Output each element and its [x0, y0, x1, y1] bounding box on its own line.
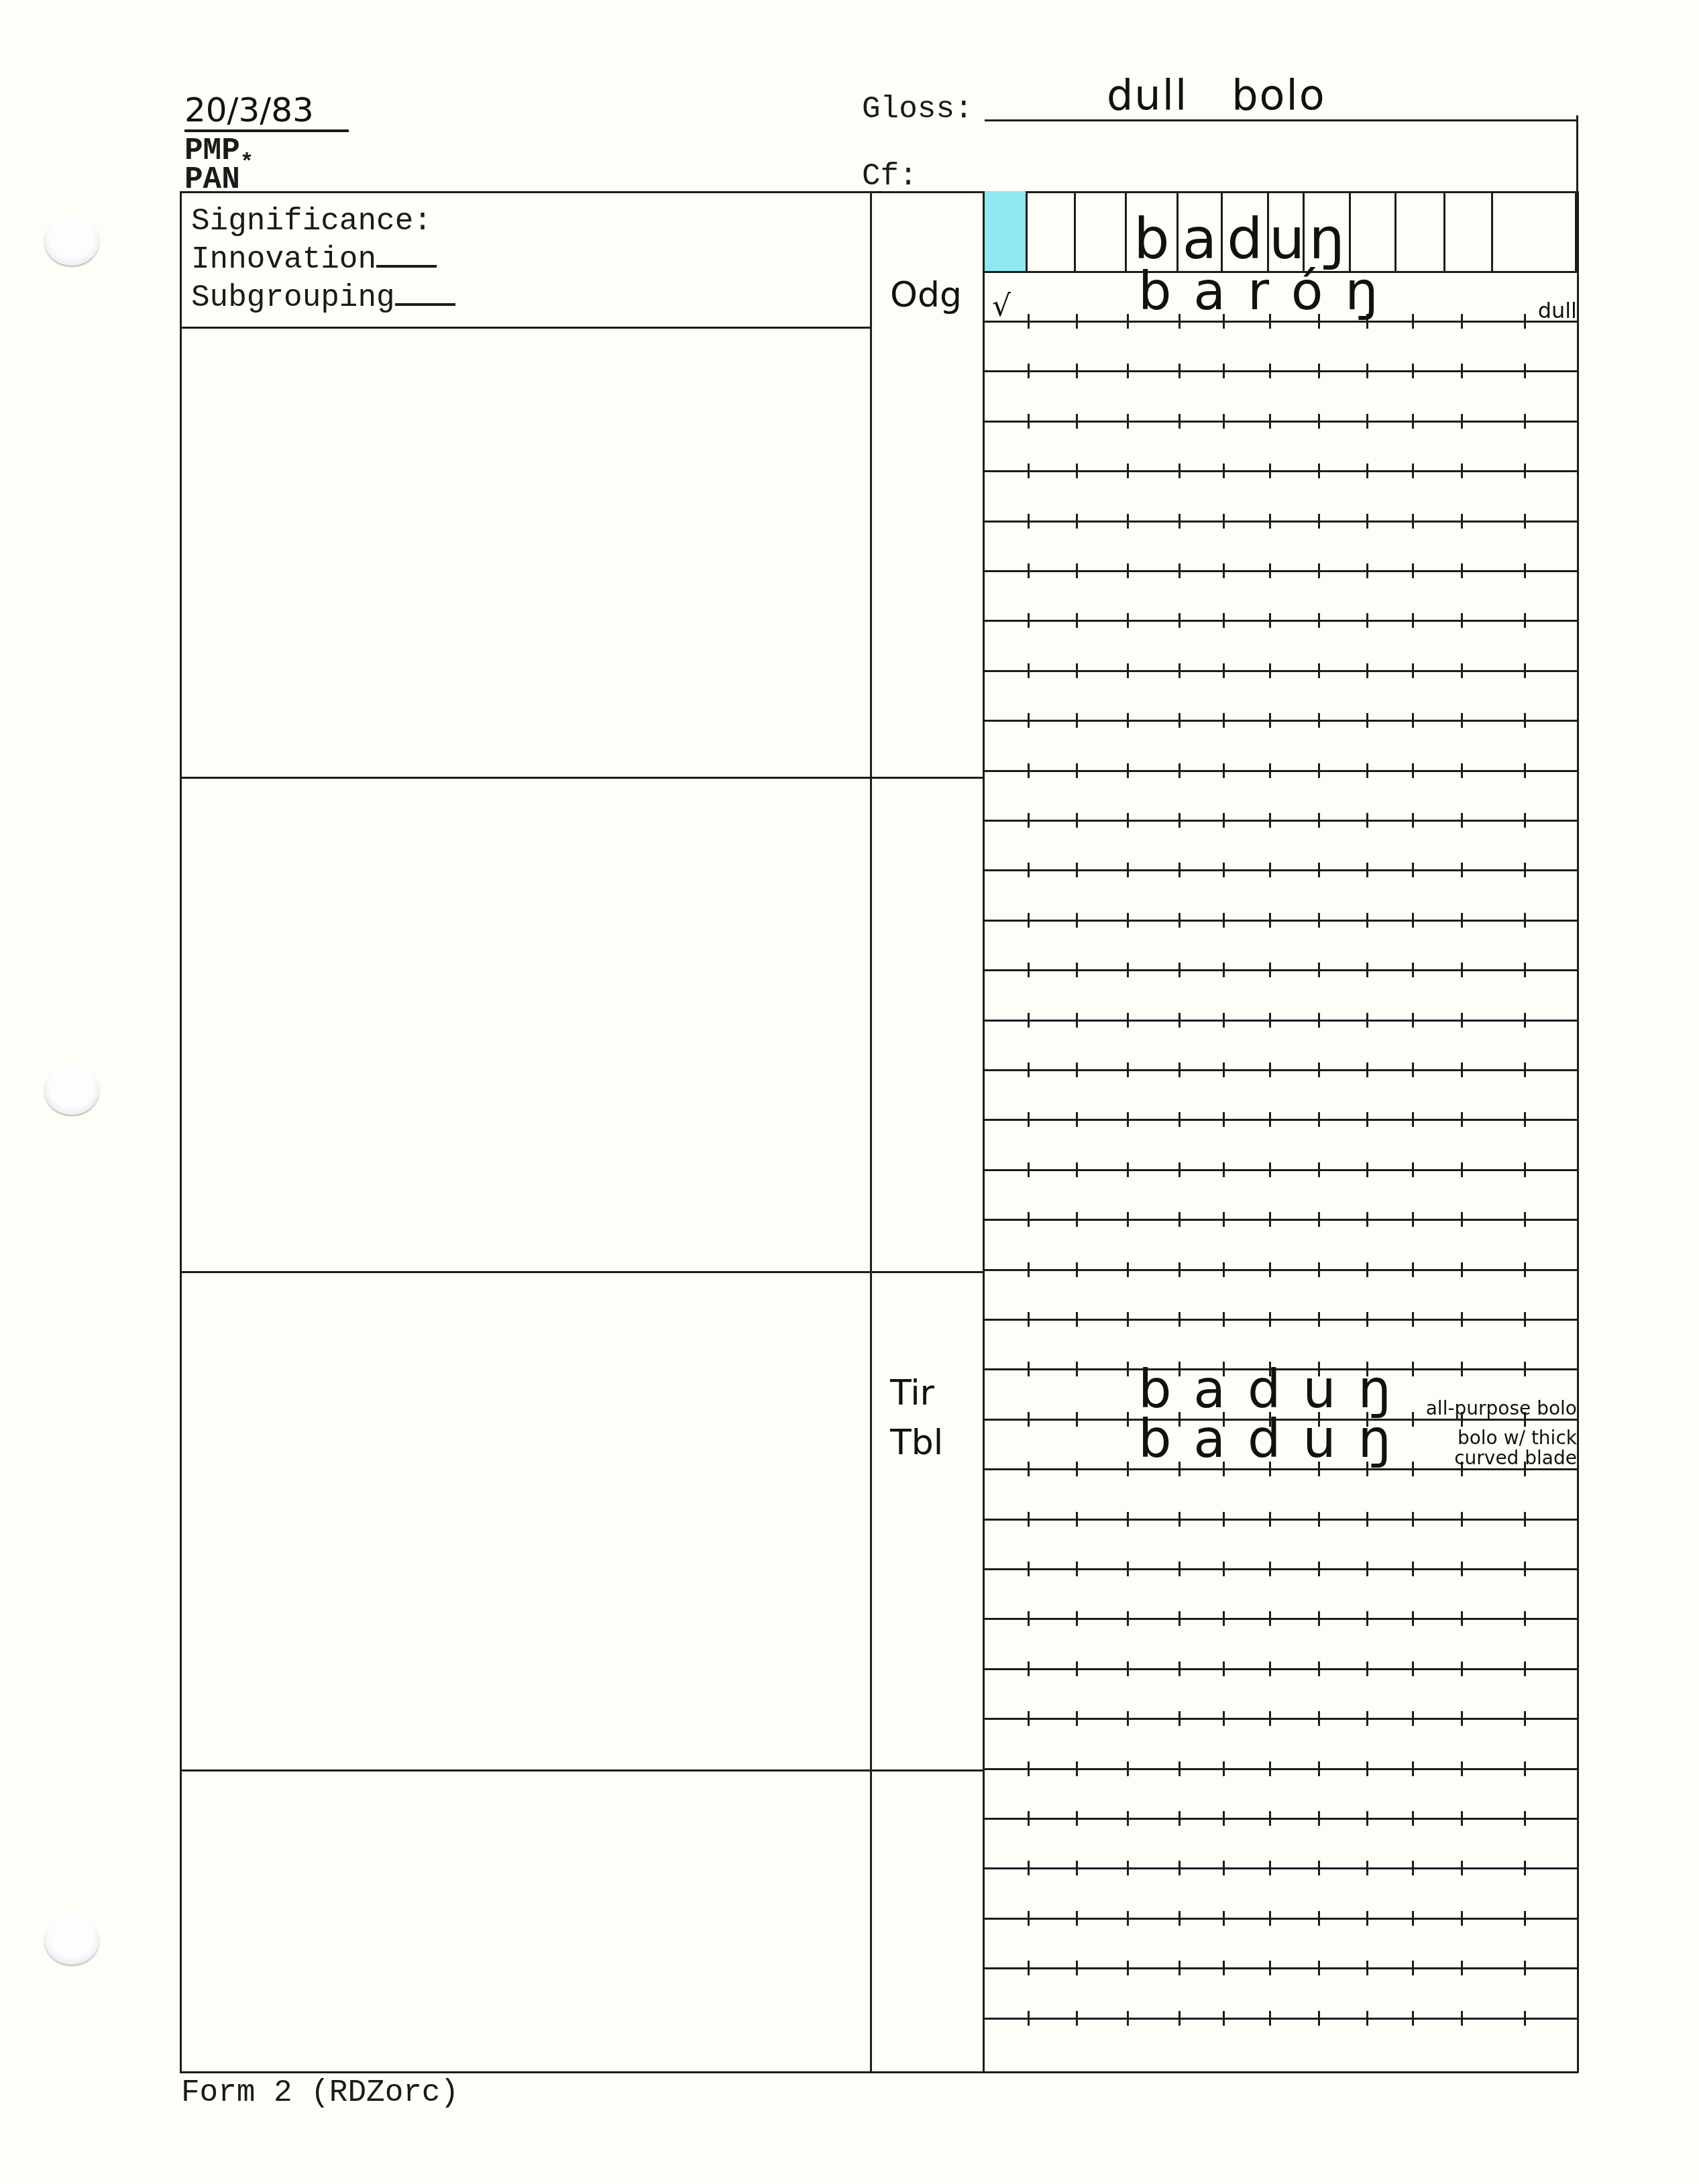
reconstruction-segment: b: [1127, 209, 1176, 269]
segment-tick: [1179, 1062, 1181, 1077]
language-column-divider: [983, 191, 985, 2073]
segment-tick: [1366, 613, 1368, 628]
segment-tick: [1318, 1262, 1320, 1277]
segment-tick: [1269, 1062, 1271, 1077]
segment-tick: [1366, 1661, 1368, 1676]
segment-tick: [1412, 763, 1414, 778]
ruled-line: [983, 421, 1578, 423]
segment-tick: [1318, 2011, 1320, 2026]
segment-tick: [1127, 463, 1129, 478]
segment-tick: [1127, 1512, 1129, 1527]
segment-tick: [1127, 713, 1129, 728]
segment-tick: [1366, 913, 1368, 928]
segment-tick: [1127, 1861, 1129, 1875]
segment-tick: [1127, 963, 1129, 977]
segment-tick: [1461, 1761, 1463, 1776]
reconstruction-cell[interactable]: a: [1179, 191, 1223, 272]
segment-tick: [1412, 713, 1414, 728]
segment-tick: [1269, 863, 1271, 877]
segment-tick: [1269, 613, 1271, 628]
segment-tick: [1076, 913, 1078, 928]
segment-tick: [1461, 514, 1463, 529]
ruled-line: [983, 1269, 1578, 1271]
segment-tick: [1524, 1961, 1526, 1975]
segment-tick: [1366, 1911, 1368, 1926]
segment-tick: [1223, 613, 1225, 628]
innovation-blank[interactable]: [376, 238, 437, 268]
segment-tick: [1179, 1262, 1181, 1277]
segment-tick: [1076, 763, 1078, 778]
segment-tick: [1028, 763, 1030, 778]
segment-tick: [1461, 2011, 1463, 2026]
segment-tick: [1366, 1262, 1368, 1277]
segment-tick: [1366, 1112, 1368, 1127]
segment-tick: [1127, 364, 1129, 378]
segment-tick: [1366, 863, 1368, 877]
segment-tick: [1524, 1013, 1526, 1028]
segment-tick: [1366, 2011, 1368, 2026]
segment-tick: [1028, 1013, 1030, 1028]
ruled-line: [983, 969, 1578, 971]
segment-tick: [1461, 963, 1463, 977]
checkmark-icon: √: [992, 289, 1011, 323]
segment-tick: [1461, 1711, 1463, 1726]
segment-tick: [1223, 1811, 1225, 1826]
segment-tick: [1028, 813, 1030, 828]
segment-tick: [1412, 963, 1414, 977]
segment-tick: [1318, 1312, 1320, 1327]
segment-tick: [1318, 1661, 1320, 1676]
segment-tick: [1461, 1262, 1463, 1277]
segment-tick: [1076, 1312, 1078, 1327]
segment-tick: [1412, 813, 1414, 828]
segment-tick: [1461, 663, 1463, 678]
segment-tick: [1028, 663, 1030, 678]
ruled-line: [983, 869, 1578, 871]
segment-tick: [1269, 1262, 1271, 1277]
segment-tick: [1412, 1013, 1414, 1028]
segment-tick: [1179, 2011, 1181, 2026]
segment-tick: [1269, 1013, 1271, 1028]
reflex-form: b a d u ŋ: [1138, 1409, 1394, 1470]
segment-tick: [1223, 913, 1225, 928]
segment-tick: [1366, 1062, 1368, 1077]
right-border: [1577, 191, 1579, 2073]
segment-tick: [1127, 563, 1129, 578]
segment-tick: [1524, 514, 1526, 529]
segment-tick: [1366, 364, 1368, 378]
segment-tick: [1524, 1512, 1526, 1527]
segment-tick: [1179, 1911, 1181, 1926]
segment-tick: [1028, 1711, 1030, 1726]
segment-tick: [1076, 563, 1078, 578]
reconstruction-segment: u: [1269, 209, 1303, 269]
segment-tick: [1223, 1562, 1225, 1576]
ruled-line: [983, 370, 1578, 372]
reconstruction-cell[interactable]: d: [1223, 191, 1269, 272]
segment-tick: [1461, 1611, 1463, 1626]
segment-tick: [1412, 1512, 1414, 1527]
segment-tick: [1366, 1611, 1368, 1626]
left-border: [180, 191, 182, 2073]
segment-tick: [1412, 663, 1414, 678]
segment-tick: [1127, 1212, 1129, 1227]
segment-tick: [1076, 414, 1078, 429]
segment-tick: [1179, 963, 1181, 977]
segment-tick: [1076, 514, 1078, 529]
segment-tick: [1179, 1013, 1181, 1028]
segment-tick: [1223, 514, 1225, 529]
segment-tick: [1461, 1013, 1463, 1028]
segment-tick: [1223, 713, 1225, 728]
segment-tick: [1461, 1162, 1463, 1177]
ruled-line: [983, 1618, 1578, 1620]
segment-tick: [1179, 663, 1181, 678]
segment-tick: [1366, 563, 1368, 578]
segment-tick: [1318, 1761, 1320, 1776]
segment-tick: [1524, 963, 1526, 977]
segment-tick: [1223, 1162, 1225, 1177]
segment-tick: [1366, 1013, 1368, 1028]
segment-tick: [1269, 963, 1271, 977]
form-bottom-border: [180, 2071, 1578, 2073]
segment-tick: [1223, 1611, 1225, 1626]
segment-tick: [1076, 1611, 1078, 1626]
segment-tick: [1318, 1861, 1320, 1875]
segment-tick: [1223, 1212, 1225, 1227]
segment-tick: [1269, 1911, 1271, 1926]
segment-tick: [1127, 1312, 1129, 1327]
section-divider-3: [180, 1769, 985, 1771]
segment-tick: [1524, 463, 1526, 478]
segment-tick: [1179, 1961, 1181, 1975]
segment-tick: [1179, 1811, 1181, 1826]
segment-tick: [1076, 1961, 1078, 1975]
ruled-line: [983, 570, 1578, 572]
segment-tick: [1269, 813, 1271, 828]
segment-tick: [1318, 1811, 1320, 1826]
segment-tick: [1223, 1312, 1225, 1327]
segment-tick: [1412, 463, 1414, 478]
segment-tick: [1318, 1212, 1320, 1227]
gloss-value[interactable]: dull bolo: [1107, 70, 1326, 119]
segment-tick: [1269, 713, 1271, 728]
section-divider-1: [180, 777, 985, 779]
segment-tick: [1028, 963, 1030, 977]
gloss-label: Gloss:: [862, 93, 973, 126]
segment-tick: [1179, 1711, 1181, 1726]
segment-tick: [1461, 863, 1463, 877]
ruled-line: [983, 820, 1578, 822]
reconstruction-cell[interactable]: [1076, 191, 1127, 272]
segment-tick: [1076, 1512, 1078, 1527]
segment-tick: [1127, 763, 1129, 778]
segment-tick: [1028, 1212, 1030, 1227]
reconstruction-cell[interactable]: b: [1127, 191, 1179, 272]
ruled-line: [983, 521, 1578, 523]
segment-tick: [1412, 1611, 1414, 1626]
segment-tick: [1412, 863, 1414, 877]
segment-tick: [1076, 1661, 1078, 1676]
segment-tick: [1412, 1961, 1414, 1975]
segment-tick: [1461, 1312, 1463, 1327]
segment-tick: [1524, 1562, 1526, 1576]
segment-tick: [1524, 1112, 1526, 1127]
segment-tick: [1269, 2011, 1271, 2026]
segment-tick: [1028, 1861, 1030, 1875]
segment-tick: [1366, 1711, 1368, 1726]
segment-tick: [1223, 1761, 1225, 1776]
segment-tick: [1179, 813, 1181, 828]
segment-tick: [1076, 1911, 1078, 1926]
segment-tick: [1524, 1911, 1526, 1926]
segment-tick: [1269, 1212, 1271, 1227]
cf-label: Cf:: [862, 160, 918, 193]
segment-tick: [1524, 1162, 1526, 1177]
segment-tick: [1028, 1661, 1030, 1676]
segment-tick: [1028, 1512, 1030, 1527]
segment-tick: [1524, 1711, 1526, 1726]
segment-tick: [1524, 1262, 1526, 1277]
segment-tick: [1127, 1062, 1129, 1077]
segment-tick: [1223, 1062, 1225, 1077]
ruled-line: [983, 1069, 1578, 1071]
segment-tick: [1127, 663, 1129, 678]
segment-tick: [1076, 364, 1078, 378]
segment-tick: [1127, 863, 1129, 877]
form-footer: Form 2 (RDZorc): [181, 2076, 459, 2110]
segment-tick: [1524, 1212, 1526, 1227]
segment-tick: [1318, 1611, 1320, 1626]
segment-tick: [1524, 414, 1526, 429]
segment-tick: [1028, 1911, 1030, 1926]
segment-tick: [1127, 1911, 1129, 1926]
segment-tick: [1223, 1512, 1225, 1527]
segment-tick: [1223, 963, 1225, 977]
segment-tick: [1127, 1811, 1129, 1826]
segment-tick: [1461, 613, 1463, 628]
segment-tick: [1076, 813, 1078, 828]
segment-tick: [1412, 1911, 1414, 1926]
segment-tick: [1366, 1312, 1368, 1327]
segment-tick: [1366, 1861, 1368, 1875]
segment-tick: [1524, 364, 1526, 378]
segment-tick: [1127, 514, 1129, 529]
segment-tick: [1179, 713, 1181, 728]
language-code: Tir: [890, 1373, 934, 1413]
segment-tick: [1412, 1162, 1414, 1177]
reconstruction-cell[interactable]: [1351, 191, 1396, 272]
segment-tick: [1461, 813, 1463, 828]
segment-tick: [1366, 1811, 1368, 1826]
segment-tick: [1318, 813, 1320, 828]
segment-tick: [1028, 2011, 1030, 2026]
segment-tick: [1524, 1761, 1526, 1776]
segment-tick: [1412, 1112, 1414, 1127]
segment-tick: [1127, 1661, 1129, 1676]
segment-tick: [1028, 913, 1030, 928]
segment-tick: [1223, 1262, 1225, 1277]
segment-tick: [1269, 1711, 1271, 1726]
segment-tick: [1179, 1611, 1181, 1626]
reconstruction-cell[interactable]: [1445, 191, 1493, 272]
segment-tick: [1461, 1661, 1463, 1676]
ruled-line: [983, 2018, 1578, 2020]
segment-tick: [1269, 663, 1271, 678]
segment-tick: [1127, 613, 1129, 628]
segment-tick: [1318, 1562, 1320, 1576]
segment-tick: [1318, 1162, 1320, 1177]
segment-tick: [1318, 414, 1320, 429]
segment-tick: [1269, 1861, 1271, 1875]
ruled-line: [983, 1169, 1578, 1171]
segment-tick: [1461, 1512, 1463, 1527]
segment-tick: [1524, 913, 1526, 928]
segment-tick: [1179, 1112, 1181, 1127]
segment-tick: [1366, 663, 1368, 678]
segment-tick: [1524, 663, 1526, 678]
segment-tick: [1524, 763, 1526, 778]
punch-hole-top: [44, 216, 99, 266]
ruled-line: [983, 920, 1578, 922]
segment-tick: [1318, 763, 1320, 778]
segment-tick: [1179, 1661, 1181, 1676]
segment-tick: [1412, 364, 1414, 378]
reconstruction-cell[interactable]: [1396, 191, 1445, 272]
segment-tick: [1179, 863, 1181, 877]
segment-tick: [1524, 1312, 1526, 1327]
segment-tick: [1318, 1711, 1320, 1726]
reflex-gloss: dull: [1443, 301, 1577, 321]
segment-tick: [1412, 1861, 1414, 1875]
segment-tick: [1223, 414, 1225, 429]
segment-tick: [1412, 1062, 1414, 1077]
segment-tick: [1366, 763, 1368, 778]
entry-row[interactable]: Tblb a d u ŋbolo w/ thick curved blade: [870, 1415, 1578, 1468]
segment-tick: [1461, 1861, 1463, 1875]
segment-tick: [1461, 913, 1463, 928]
subgrouping-field[interactable]: Subgrouping: [191, 276, 455, 315]
segment-tick: [1179, 1162, 1181, 1177]
segment-tick: [1412, 414, 1414, 429]
segment-tick: [1269, 1162, 1271, 1177]
reconstruction-segment: ŋ: [1305, 209, 1349, 269]
segment-tick: [1318, 713, 1320, 728]
ruled-line: [983, 1119, 1578, 1121]
segment-tick: [1076, 463, 1078, 478]
segment-tick: [1412, 1711, 1414, 1726]
segment-tick: [1269, 913, 1271, 928]
segment-tick: [1318, 514, 1320, 529]
segment-tick: [1366, 713, 1368, 728]
reconstruction-cell[interactable]: [1493, 191, 1577, 272]
language-code: Odg: [890, 275, 962, 315]
segment-tick: [1223, 663, 1225, 678]
ruled-line: [983, 1768, 1578, 1770]
segment-tick: [1412, 1312, 1414, 1327]
segment-tick: [1461, 1062, 1463, 1077]
innovation-field[interactable]: Innovation: [191, 238, 455, 276]
reflex-form: b a r ó ŋ: [1138, 262, 1381, 322]
reconstruction-cell[interactable]: u: [1269, 191, 1305, 272]
punch-hole-middle: [44, 1065, 99, 1115]
segment-tick: [1524, 613, 1526, 628]
segment-tick: [1028, 1611, 1030, 1626]
segment-tick: [1318, 1512, 1320, 1527]
segment-tick: [1366, 1961, 1368, 1975]
reconstruction-cell[interactable]: [1028, 191, 1076, 272]
segment-tick: [1269, 763, 1271, 778]
segment-tick: [1223, 1861, 1225, 1875]
segment-tick: [1028, 613, 1030, 628]
reconstruction-cell[interactable]: ŋ: [1305, 191, 1351, 272]
segment-tick: [1524, 2011, 1526, 2026]
segment-tick: [1127, 1162, 1129, 1177]
segment-tick: [1076, 1013, 1078, 1028]
segment-tick: [1076, 963, 1078, 977]
segment-tick: [1461, 713, 1463, 728]
ruled-line: [983, 620, 1578, 622]
segment-tick: [1318, 663, 1320, 678]
segment-tick: [1318, 364, 1320, 378]
segment-tick: [1179, 1312, 1181, 1327]
ruled-line: [983, 1519, 1578, 1521]
entry-row[interactable]: Odg√b a r ó ŋdull: [870, 267, 1578, 321]
ruled-line: [983, 770, 1578, 772]
ruled-line: [983, 1568, 1578, 1570]
segment-tick: [1076, 713, 1078, 728]
segment-tick: [1179, 1512, 1181, 1527]
subgrouping-blank[interactable]: [395, 276, 455, 306]
ruled-line: [983, 1020, 1578, 1022]
segment-tick: [1412, 613, 1414, 628]
segment-tick: [1461, 1562, 1463, 1576]
segment-tick: [1366, 1761, 1368, 1776]
segment-tick: [1223, 1661, 1225, 1676]
reconstruction-segment: d: [1223, 209, 1267, 269]
segment-tick: [1076, 1562, 1078, 1576]
segment-tick: [1179, 514, 1181, 529]
segment-tick: [1524, 1811, 1526, 1826]
reconstruction-segment: a: [1179, 209, 1221, 269]
segment-tick: [1366, 463, 1368, 478]
segment-tick: [1461, 463, 1463, 478]
segment-tick: [1269, 514, 1271, 529]
segment-tick: [1223, 463, 1225, 478]
segment-tick: [1269, 1512, 1271, 1527]
segment-tick: [1028, 1761, 1030, 1776]
segment-tick: [1179, 364, 1181, 378]
significance-block: Significance: Innovation Subgrouping: [191, 205, 455, 315]
segment-tick: [1366, 963, 1368, 977]
segment-tick: [1076, 1811, 1078, 1826]
segment-tick: [1269, 1761, 1271, 1776]
segment-tick: [1269, 1112, 1271, 1127]
segment-tick: [1028, 1312, 1030, 1327]
segment-tick: [1076, 2011, 1078, 2026]
segment-tick: [1028, 514, 1030, 529]
segment-tick: [1524, 813, 1526, 828]
segment-tick: [1269, 1961, 1271, 1975]
segment-tick: [1179, 1861, 1181, 1875]
segment-tick: [1524, 1062, 1526, 1077]
segment-tick: [1269, 364, 1271, 378]
reconstruction-cell[interactable]: [983, 191, 1028, 272]
segment-tick: [1318, 963, 1320, 977]
gloss-underline: [985, 119, 1578, 121]
segment-tick: [1318, 1112, 1320, 1127]
gloss-box-right-edge: [1576, 115, 1578, 193]
